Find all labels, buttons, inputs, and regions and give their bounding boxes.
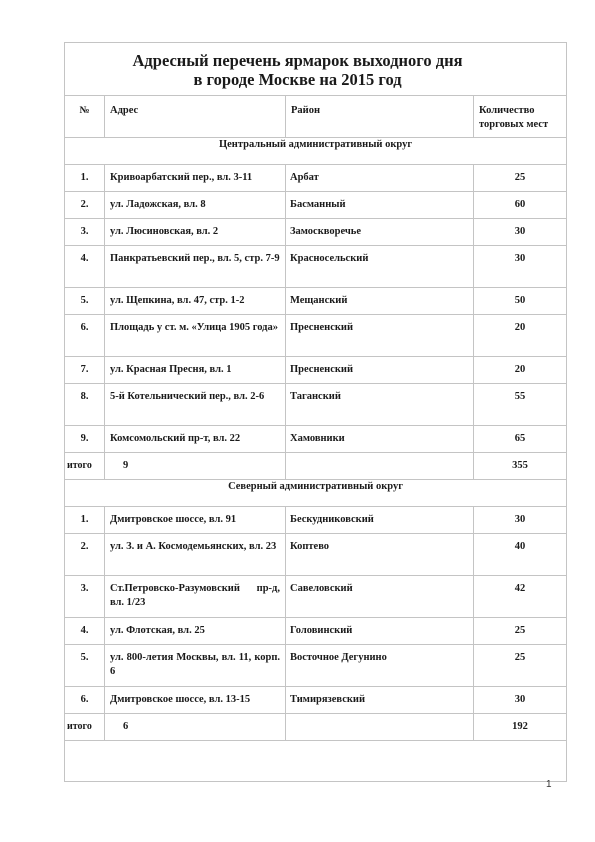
row-address: Дмитровское шоссе, вл. 91 [105, 507, 286, 534]
table-row: 5.ул. 800-летия Москвы, вл. 11, корп. 6В… [65, 645, 567, 687]
row-number: 1. [65, 165, 105, 192]
row-count: 60 [474, 192, 567, 219]
row-count: 25 [474, 645, 567, 687]
row-address: Дмитровское шоссе, вл. 13-15 [105, 687, 286, 714]
header-number: № [65, 96, 105, 138]
row-number: 4. [65, 246, 105, 288]
header-count: Количество торговых мест [474, 96, 567, 138]
table-row: 7.ул. Красная Пресня, вл. 1Пресненский20 [65, 357, 567, 384]
title-line-1: Адресный перечень ярмарок выходного дня [65, 51, 530, 70]
row-district: Басманный [286, 192, 474, 219]
row-district: Головинский [286, 618, 474, 645]
row-district: Хамовники [286, 426, 474, 453]
section-header-row: Северный административный округ [65, 480, 567, 507]
table-row: 6.Площадь у ст. м. «Улица 1905 года»Прес… [65, 315, 567, 357]
row-count: 25 [474, 618, 567, 645]
total-label: итого [65, 453, 105, 480]
table-row: 3.ул. Люсиновская, вл. 2Замоскворечье30 [65, 219, 567, 246]
row-district: Коптево [286, 534, 474, 576]
row-count: 30 [474, 246, 567, 288]
table-row: 2.ул. Ладожская, вл. 8Басманный60 [65, 192, 567, 219]
total-row: итого9355 [65, 453, 567, 480]
row-number: 5. [65, 645, 105, 687]
row-number: 3. [65, 219, 105, 246]
row-address: ул. Ладожская, вл. 8 [105, 192, 286, 219]
row-number: 7. [65, 357, 105, 384]
row-district: Красносельский [286, 246, 474, 288]
row-count: 20 [474, 357, 567, 384]
row-number: 9. [65, 426, 105, 453]
table-header-row: № Адрес Район Количество торговых мест [65, 96, 567, 138]
row-count: 20 [474, 315, 567, 357]
total-empty [286, 453, 474, 480]
total-count: 192 [474, 714, 567, 741]
table-row: 9.Комсомольский пр-т, вл. 22Хамовники65 [65, 426, 567, 453]
row-count: 30 [474, 219, 567, 246]
total-fairs: 6 [105, 714, 286, 741]
row-count: 42 [474, 576, 567, 618]
section-title: Центральный административный округ [65, 138, 567, 165]
table-row: 4.ул. Флотская, вл. 25Головинский25 [65, 618, 567, 645]
total-count: 355 [474, 453, 567, 480]
row-address: ул. З. и А. Космодемьянских, вл. 23 [105, 534, 286, 576]
row-district: Бескудниковский [286, 507, 474, 534]
total-empty [286, 714, 474, 741]
row-address: ул. Щепкина, вл. 47, стр. 1-2 [105, 288, 286, 315]
table-row: 1.Дмитровское шоссе, вл. 91Бескудниковск… [65, 507, 567, 534]
table-row: 6.Дмитровское шоссе, вл. 13-15Тимирязевс… [65, 687, 567, 714]
row-number: 2. [65, 534, 105, 576]
row-address: Кривоарбатский пер., вл. 3-11 [105, 165, 286, 192]
row-address: Ст.Петровско-Разумовский пр-д, вл. 1/23 [105, 576, 286, 618]
table-row: 3.Ст.Петровско-Разумовский пр-д, вл. 1/2… [65, 576, 567, 618]
row-district: Савеловский [286, 576, 474, 618]
table-row: 2.ул. З. и А. Космодемьянских, вл. 23Коп… [65, 534, 567, 576]
row-address: ул. 800-летия Москвы, вл. 11, корп. 6 [105, 645, 286, 687]
row-count: 40 [474, 534, 567, 576]
row-address: ул. Люсиновская, вл. 2 [105, 219, 286, 246]
fairs-table: Адресный перечень ярмарок выходного дня … [64, 42, 567, 782]
total-label: итого [65, 714, 105, 741]
total-fairs: 9 [105, 453, 286, 480]
header-district: Район [286, 96, 474, 138]
row-number: 5. [65, 288, 105, 315]
row-district: Пресненский [286, 315, 474, 357]
row-count: 65 [474, 426, 567, 453]
table-row: 1.Кривоарбатский пер., вл. 3-11Арбат25 [65, 165, 567, 192]
row-district: Тимирязевский [286, 687, 474, 714]
row-count: 30 [474, 507, 567, 534]
row-number: 4. [65, 618, 105, 645]
blank-cell [65, 741, 567, 782]
table-row: 8.5-й Котельнический пер., вл. 2-6Таганс… [65, 384, 567, 426]
row-number: 6. [65, 315, 105, 357]
row-district: Мещанский [286, 288, 474, 315]
row-number: 2. [65, 192, 105, 219]
page-number: 1 [546, 779, 552, 790]
section-header-row: Центральный административный округ [65, 138, 567, 165]
row-address: ул. Красная Пресня, вл. 1 [105, 357, 286, 384]
blank-row [65, 741, 567, 782]
row-address: 5-й Котельнический пер., вл. 2-6 [105, 384, 286, 426]
row-address: ул. Флотская, вл. 25 [105, 618, 286, 645]
total-row: итого6192 [65, 714, 567, 741]
row-number: 8. [65, 384, 105, 426]
row-district: Арбат [286, 165, 474, 192]
row-count: 50 [474, 288, 567, 315]
row-address: Комсомольский пр-т, вл. 22 [105, 426, 286, 453]
section-title: Северный административный округ [65, 480, 567, 507]
document-title: Адресный перечень ярмарок выходного дня … [65, 43, 567, 96]
row-number: 6. [65, 687, 105, 714]
row-district: Пресненский [286, 357, 474, 384]
title-line-2: в городе Москве на 2015 год [65, 70, 530, 89]
row-address: Панкратьевский пер., вл. 5, стр. 7-9 [105, 246, 286, 288]
table-row: 4.Панкратьевский пер., вл. 5, стр. 7-9Кр… [65, 246, 567, 288]
row-district: Замоскворечье [286, 219, 474, 246]
row-number: 3. [65, 576, 105, 618]
row-district: Восточное Дегунино [286, 645, 474, 687]
row-count: 55 [474, 384, 567, 426]
row-district: Таганский [286, 384, 474, 426]
row-count: 25 [474, 165, 567, 192]
row-number: 1. [65, 507, 105, 534]
table-row: 5.ул. Щепкина, вл. 47, стр. 1-2Мещанский… [65, 288, 567, 315]
row-address: Площадь у ст. м. «Улица 1905 года» [105, 315, 286, 357]
header-address: Адрес [105, 96, 286, 138]
row-count: 30 [474, 687, 567, 714]
